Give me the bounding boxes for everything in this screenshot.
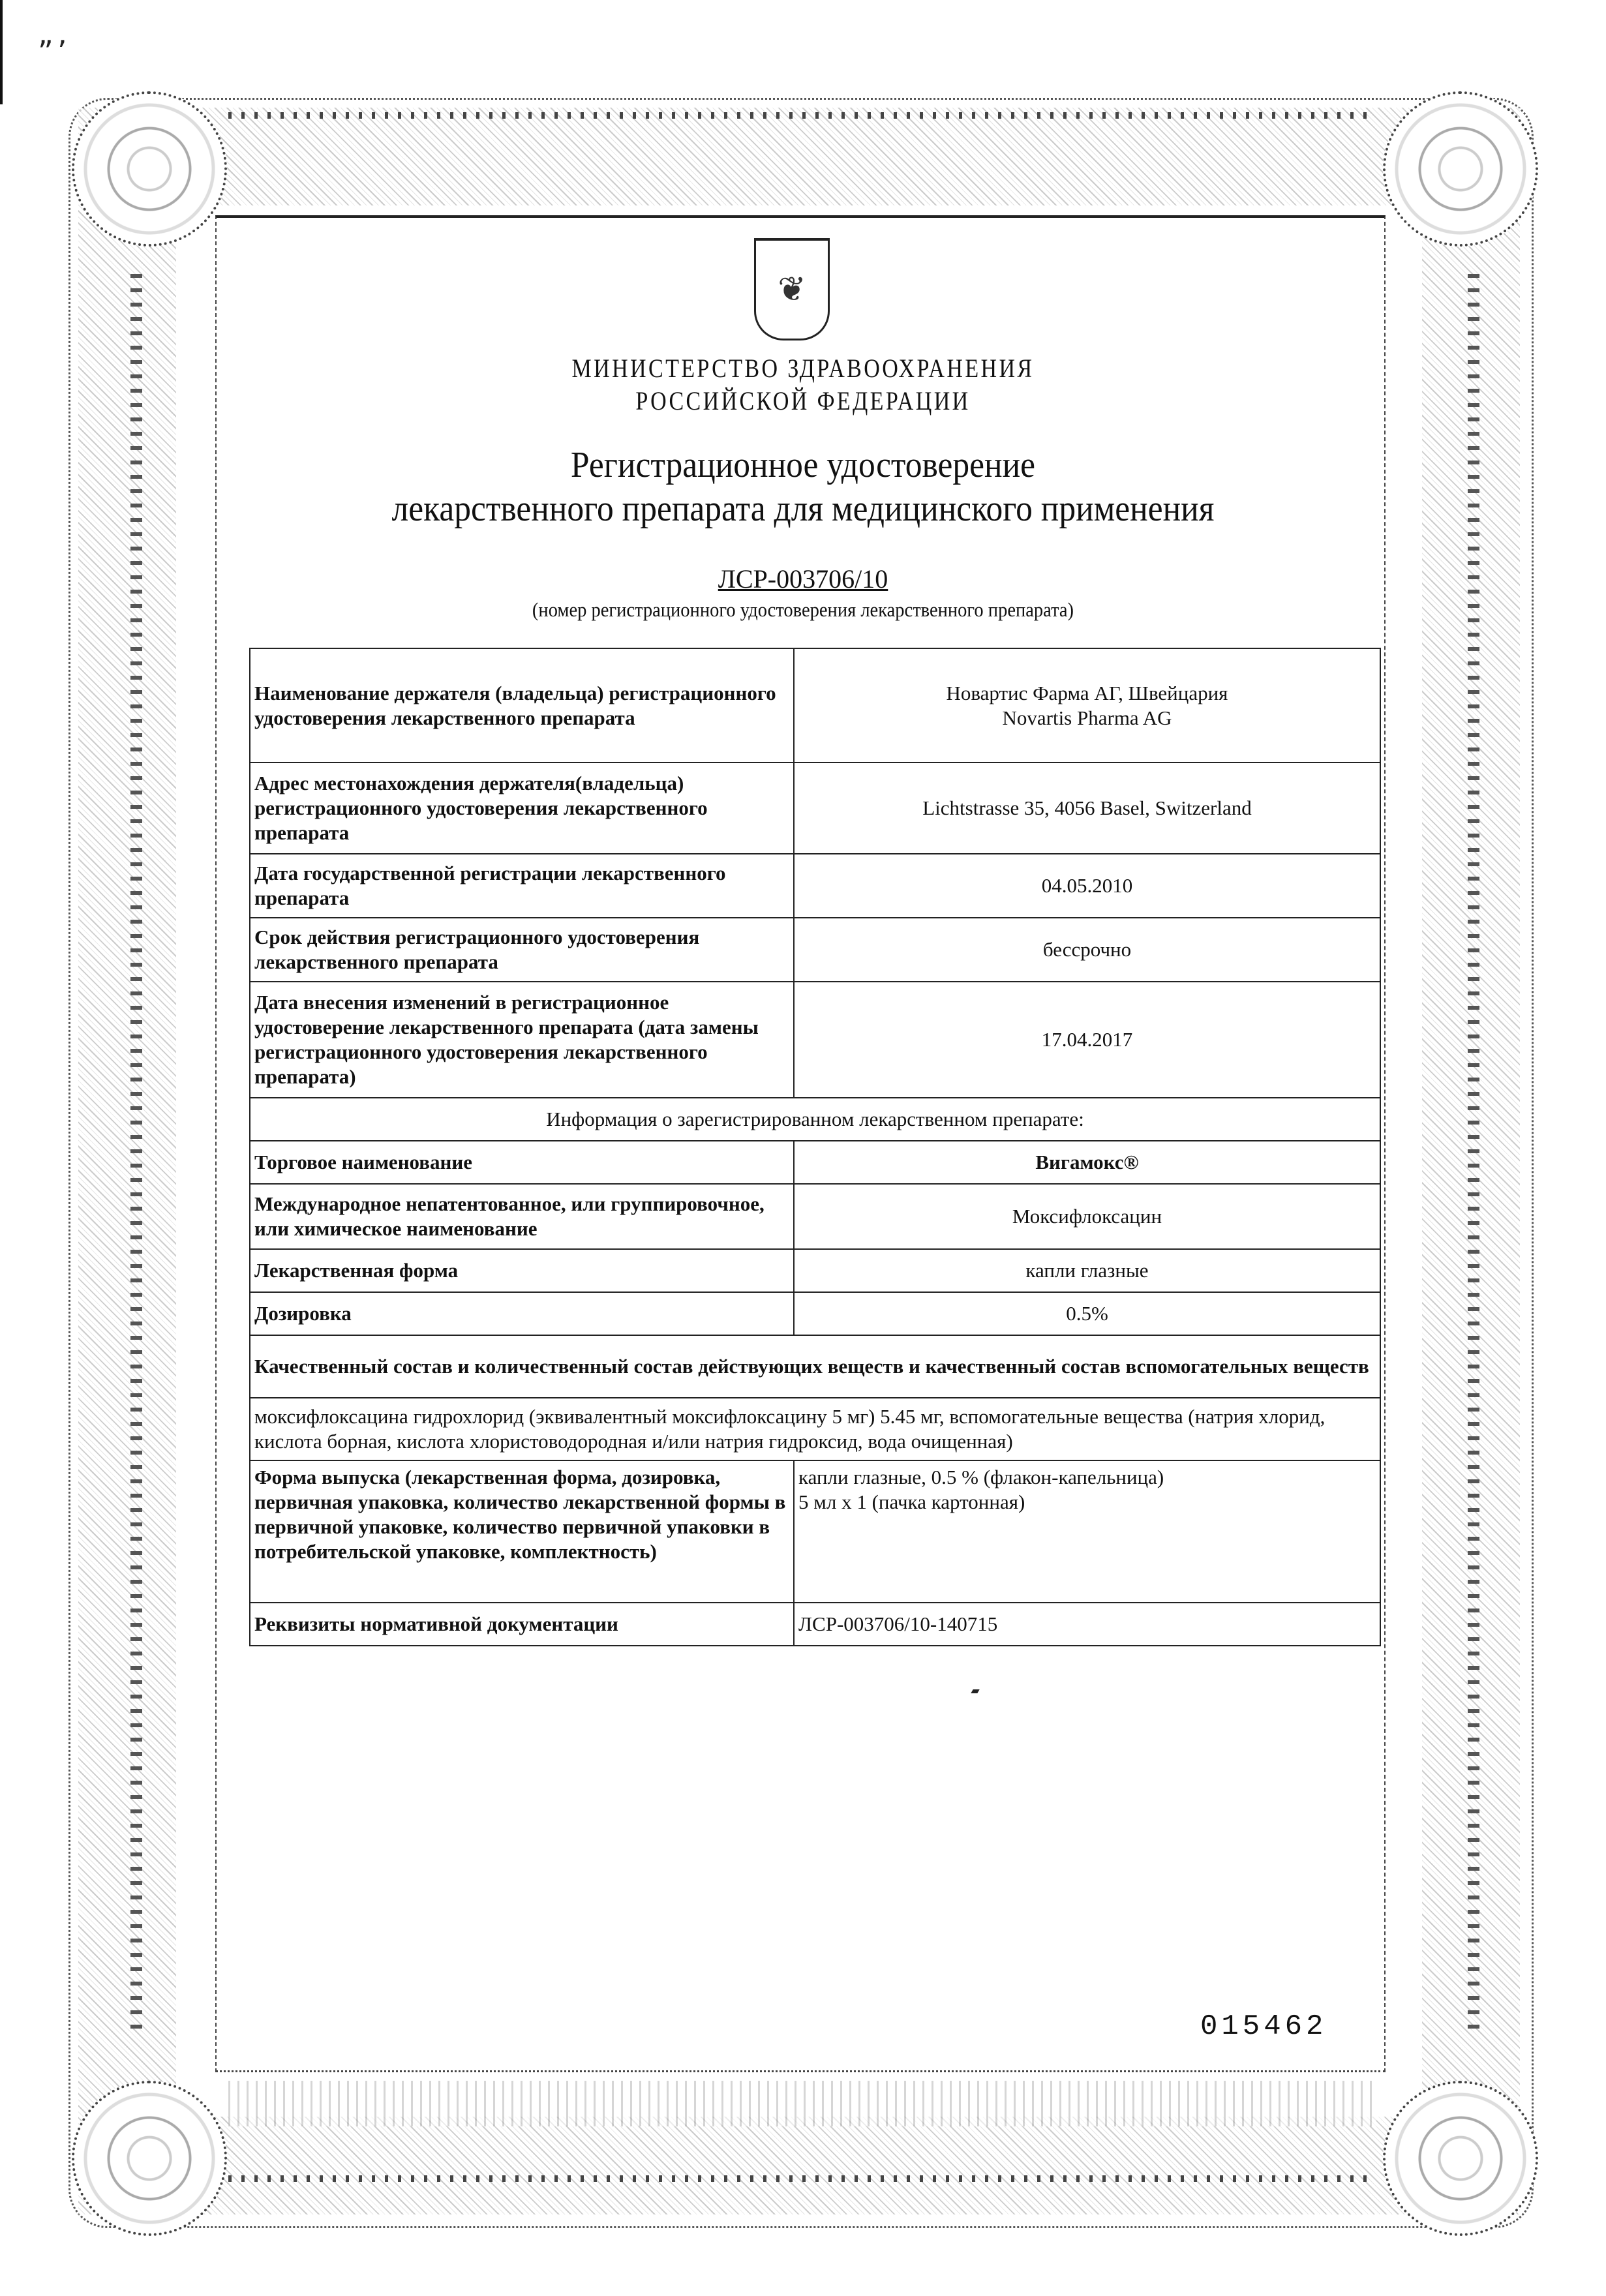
holder-name-value: Новартис Фарма АГ, Швейцария Novartis Ph…: [794, 648, 1380, 763]
registration-number: ЛСР-003706/10: [0, 564, 1606, 594]
table-row: Дата государственной регистрации лекарст…: [250, 854, 1380, 918]
drug-info-heading: Информация о зарегистрированном лекарств…: [250, 1098, 1380, 1141]
table-row: Международное непатентованное, или групп…: [250, 1184, 1380, 1249]
table-row: Лекарственная форма капли глазные: [250, 1249, 1380, 1292]
ministry-name-line1: Министерство здравоохранения: [121, 352, 1486, 385]
border-ornament-bottom: [228, 2175, 1376, 2182]
inn-value: Моксифлоксацин: [794, 1184, 1380, 1249]
table-row: Дозировка 0.5%: [250, 1292, 1380, 1335]
border-ornament-right: [1468, 274, 1479, 2035]
form-serial-number: 015462: [1200, 2010, 1327, 2043]
table-row: Информация о зарегистрированном лекарств…: [250, 1098, 1380, 1141]
holder-address-value: Lichtstrasse 35, 4056 Basel, Switzerland: [794, 763, 1380, 854]
coat-of-arms-icon: ❦: [754, 238, 830, 340]
composition-value: моксифлоксацина гидрохлорид (эквивалентн…: [250, 1398, 1380, 1460]
holder-address-label: Адрес местонахождения держателя(владельц…: [250, 763, 794, 854]
table-row: моксифлоксацина гидрохлорид (эквивалентн…: [250, 1398, 1380, 1460]
border-ornament-top: [228, 112, 1376, 119]
document-title-line1: Регистрационное удостоверение: [64, 440, 1541, 490]
table-row: Реквизиты нормативной документации ЛСР-0…: [250, 1603, 1380, 1646]
release-form-line1: капли глазные, 0.5 % (флакон-капельница): [798, 1465, 1376, 1490]
registration-number-value: ЛСР-003706/10: [718, 564, 888, 594]
ministry-name-line2: Российской Федерации: [121, 385, 1486, 417]
release-form-value: капли глазные, 0.5 % (флакон-капельница)…: [794, 1460, 1380, 1603]
eagle-icon: ❦: [778, 270, 806, 309]
registration-date-value: 04.05.2010: [794, 854, 1380, 918]
holder-name-ru: Новартис Фарма АГ, Швейцария: [798, 681, 1376, 706]
dosage-form-label: Лекарственная форма: [250, 1249, 794, 1292]
validity-value: бессрочно: [794, 918, 1380, 982]
change-date-label: Дата внесения изменений в регистрационно…: [250, 982, 794, 1098]
inn-label: Международное непатентованное, или групп…: [250, 1184, 794, 1249]
registration-date-label: Дата государственной регистрации лекарст…: [250, 854, 794, 918]
handwritten-mark: ”ʼ: [38, 34, 70, 69]
table-row: Форма выпуска (лекарственная форма, дози…: [250, 1460, 1380, 1603]
composition-label: Качественный состав и количественный сос…: [250, 1335, 1380, 1398]
normative-docs-label: Реквизиты нормативной документации: [250, 1603, 794, 1646]
table-row: Торговое наименование Вигамокс®: [250, 1141, 1380, 1184]
rosette-corner-icon: [72, 91, 227, 247]
table-row: Качественный состав и количественный сос…: [250, 1335, 1380, 1398]
holder-name-en: Novartis Pharma AG: [798, 706, 1376, 731]
rosette-corner-icon: [1383, 91, 1538, 247]
dosage-form-value: капли глазные: [794, 1249, 1380, 1292]
document-title-line2: лекарственного препарата для медицинског…: [64, 484, 1541, 534]
border-guilloche-bottom: [228, 2081, 1376, 2126]
release-form-label: Форма выпуска (лекарственная форма, дози…: [250, 1460, 794, 1603]
holder-name-label: Наименование держателя (владельца) регис…: [250, 648, 794, 763]
validity-label: Срок действия регистрационного удостовер…: [250, 918, 794, 982]
table-row: Адрес местонахождения держателя(владельц…: [250, 763, 1380, 854]
registration-number-caption: (номер регистрационного удостоверения ле…: [64, 597, 1541, 623]
scan-edge: [0, 0, 3, 104]
table-row: Срок действия регистрационного удостовер…: [250, 918, 1380, 982]
dosage-value: 0.5%: [794, 1292, 1380, 1335]
table-row: Наименование держателя (владельца) регис…: [250, 648, 1380, 763]
rosette-corner-icon: [1383, 2081, 1538, 2236]
rosette-corner-icon: [72, 2081, 227, 2236]
change-date-value: 17.04.2017: [794, 982, 1380, 1098]
certificate-table: Наименование держателя (владельца) регис…: [249, 648, 1381, 1646]
release-form-line2: 5 мл х 1 (пачка картонная): [798, 1490, 1376, 1515]
border-ornament-left: [130, 274, 142, 2035]
table-row: Дата внесения изменений в регистрационно…: [250, 982, 1380, 1098]
trade-name-label: Торговое наименование: [250, 1141, 794, 1184]
trade-name-value: Вигамокс®: [794, 1141, 1380, 1184]
dosage-label: Дозировка: [250, 1292, 794, 1335]
normative-docs-value: ЛСР-003706/10-140715: [794, 1603, 1380, 1646]
